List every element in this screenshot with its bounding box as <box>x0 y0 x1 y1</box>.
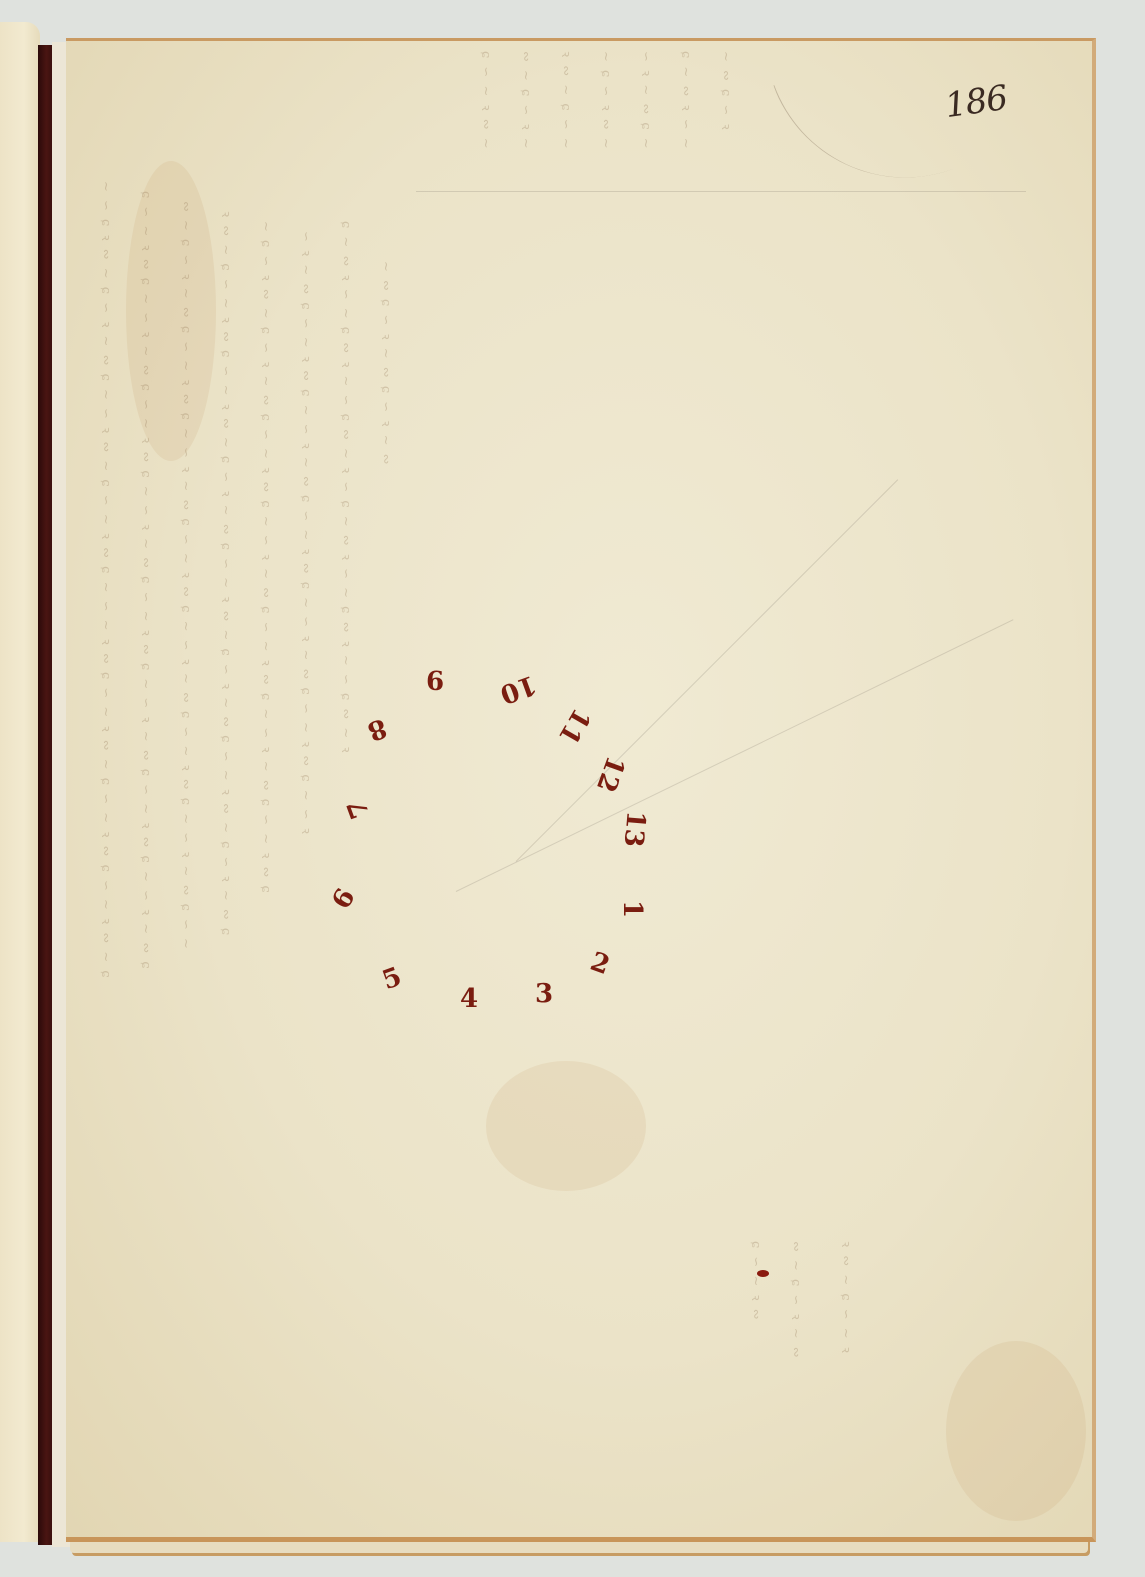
show-through-text-column: ɕ ∽ ~ ꝛ ∾ <box>746 1241 764 1381</box>
manuscript-sheet: ~ ∽ ɕ ꝛ ∾ ~ ɕ ∽ ꝛ ~ ∾ ɕ ~ ∽ ꝛ ∾ ~ ɕ ∽ ~ … <box>66 38 1096 1542</box>
show-through-text-column: ∾ ~ ɕ ∽ ꝛ ~ ∾ <box>786 1241 804 1441</box>
show-through-text-column: ɕ ~ ∾ ꝛ ∽ ~ ɕ ∾ ꝛ ~ ∽ ɕ ∾ ~ ꝛ ∽ ɕ ~ ∾ ꝛ … <box>336 221 354 1121</box>
construction-line <box>456 619 1014 892</box>
dial-number: 1 <box>617 900 647 918</box>
show-through-text-column: ɕ ~ ∾ ꝛ ∽ ~ <box>676 51 694 201</box>
stain <box>946 1341 1086 1521</box>
folio-number: 186 <box>943 78 1010 126</box>
show-through-text-column: ∽ ꝛ ~ ∾ ɕ ~ <box>636 51 654 201</box>
show-through-text-column: ɕ ∽ ~ ꝛ ∾ ~ <box>476 51 494 201</box>
show-through-text-column: ꝛ ∾ ~ ɕ ∽ ~ ꝛ ∾ ɕ ∽ ~ ꝛ ∾ ~ ɕ ∽ ꝛ ~ ∾ ɕ … <box>216 211 234 1391</box>
dial-number: 9 <box>426 664 444 694</box>
show-through-text-column: ∾ ~ ɕ ∽ ꝛ ~ ∾ ɕ ∽ ~ ꝛ ∾ ɕ ~ ∽ ꝛ ~ ∾ ɕ ∽ … <box>176 201 194 1401</box>
binding-gutter <box>38 45 52 1545</box>
dial-number: 3 <box>535 979 553 1009</box>
construction-line <box>516 479 899 862</box>
show-through-text-column: ~ ∽ ɕ ꝛ ∾ ~ ɕ ∽ ꝛ ~ ∾ ɕ ~ ∽ ꝛ ∾ ~ ɕ ∽ ~ … <box>96 181 114 1431</box>
stain <box>486 1061 646 1191</box>
ink-blot <box>757 1270 769 1277</box>
show-through-text-column: ~ ∾ ɕ ∽ ꝛ <box>716 51 734 201</box>
show-through-text-column: ∾ ~ ɕ ∽ ꝛ ~ <box>516 51 534 201</box>
show-through-text-column: ∽ ꝛ ~ ∾ ɕ ∽ ~ ꝛ ∾ ɕ ~ ∽ ꝛ ~ ∾ ɕ ∽ ~ ꝛ ∾ … <box>296 231 314 1231</box>
show-through-text-column: ~ ɕ ∽ ꝛ ∾ ~ <box>596 51 614 201</box>
show-through-text-column: ꝛ ∾ ~ ɕ ∽ ~ ꝛ <box>836 1241 854 1461</box>
facing-page-edge <box>0 22 40 1542</box>
show-through-text-column: ꝛ ∾ ~ ɕ ∽ ~ <box>556 51 574 201</box>
show-through-text-column: ~ ∾ ɕ ∽ ꝛ ~ ∾ ɕ ∽ ꝛ ~ ∾ <box>376 261 394 561</box>
construction-line <box>416 191 1026 192</box>
dial-number: 13 <box>618 810 651 849</box>
dial-number: 4 <box>460 984 478 1014</box>
show-through-text-column: ɕ ∽ ~ ꝛ ∾ ɕ ~ ∽ ꝛ ~ ∾ ɕ ∽ ~ ꝛ ∾ ɕ ~ ∽ ꝛ … <box>136 191 154 1411</box>
show-through-text-column: ~ ɕ ∽ ꝛ ∾ ~ ɕ ∽ ꝛ ~ ∾ ɕ ∽ ~ ꝛ ∾ ɕ ~ ∽ ꝛ … <box>256 221 274 1321</box>
